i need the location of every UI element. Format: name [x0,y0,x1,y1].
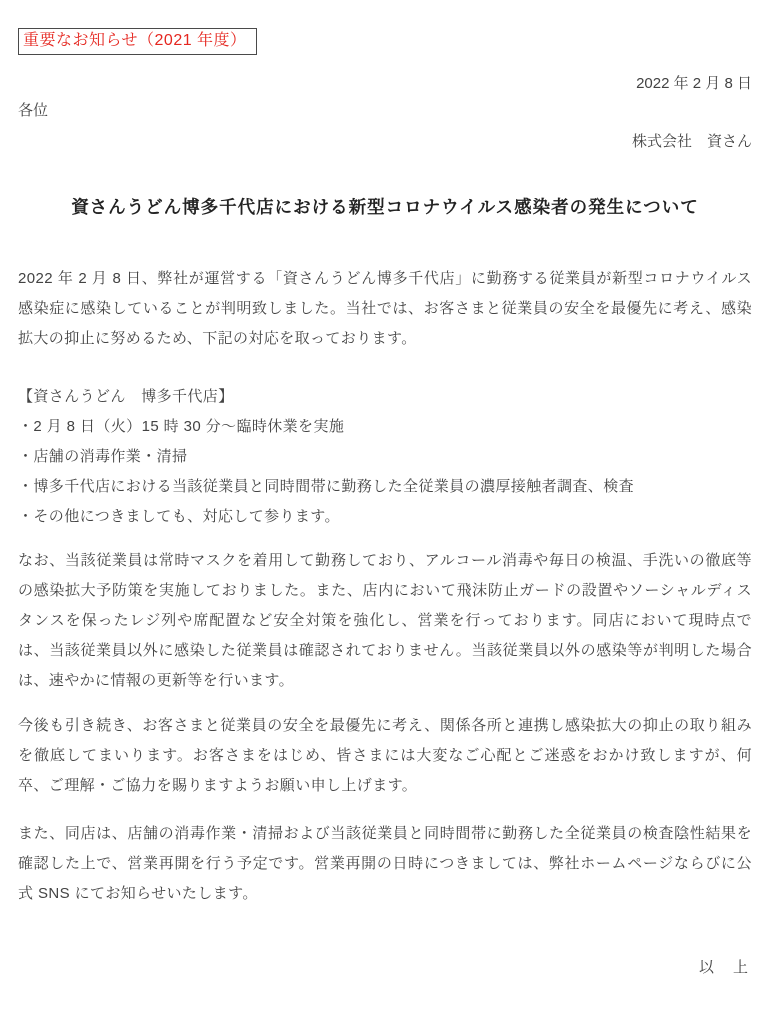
reopening-paragraph: また、同店は、店舗の消毒作業・清掃および当該従業員と同時間帯に勤務した全従業員の… [18,819,752,909]
measure-item-disinfection: ・店舗の消毒作業・清掃 [18,442,752,472]
company-name: 株式会社 資さん [18,131,752,153]
salutation: 各位 [18,100,752,122]
status-paragraph: なお、当該従業員は常時マスクを着用して勤務しており、アルコール消毒や毎日の検温、… [18,546,752,696]
notice-page: 重要なお知らせ（2021 年度） 2022 年 2 月 8 日 各位 株式会社 … [0,0,772,1024]
measure-item-temp-closure: ・2 月 8 日（火）15 時 30 分～臨時休業を実施 [18,412,752,442]
closing-mark: 以 上 [18,957,752,979]
notice-date: 2022 年 2 月 8 日 [18,73,752,95]
measure-item-contact-tracing: ・博多千代店における当該従業員と同時間帯に勤務した全従業員の濃厚接触者調査、検査 [18,472,752,502]
measures-block: 【資さんうどん 博多千代店】 ・2 月 8 日（火）15 時 30 分～臨時休業… [18,382,752,532]
notice-title: 資さんうどん博多千代店における新型コロナウイルス感染者の発生について [18,194,752,220]
important-notice-badge: 重要なお知らせ（2021 年度） [18,28,257,55]
shop-header: 【資さんうどん 博多千代店】 [18,382,752,412]
measure-item-other: ・その他につきましても、対応して参ります。 [18,502,752,532]
apology-paragraph: 今後も引き続き、お客さまと従業員の安全を最優先に考え、関係各所と連携し感染拡大の… [18,711,752,801]
intro-paragraph: 2022 年 2 月 8 日、弊社が運営する「資さんうどん博多千代店」に勤務する… [18,264,752,354]
